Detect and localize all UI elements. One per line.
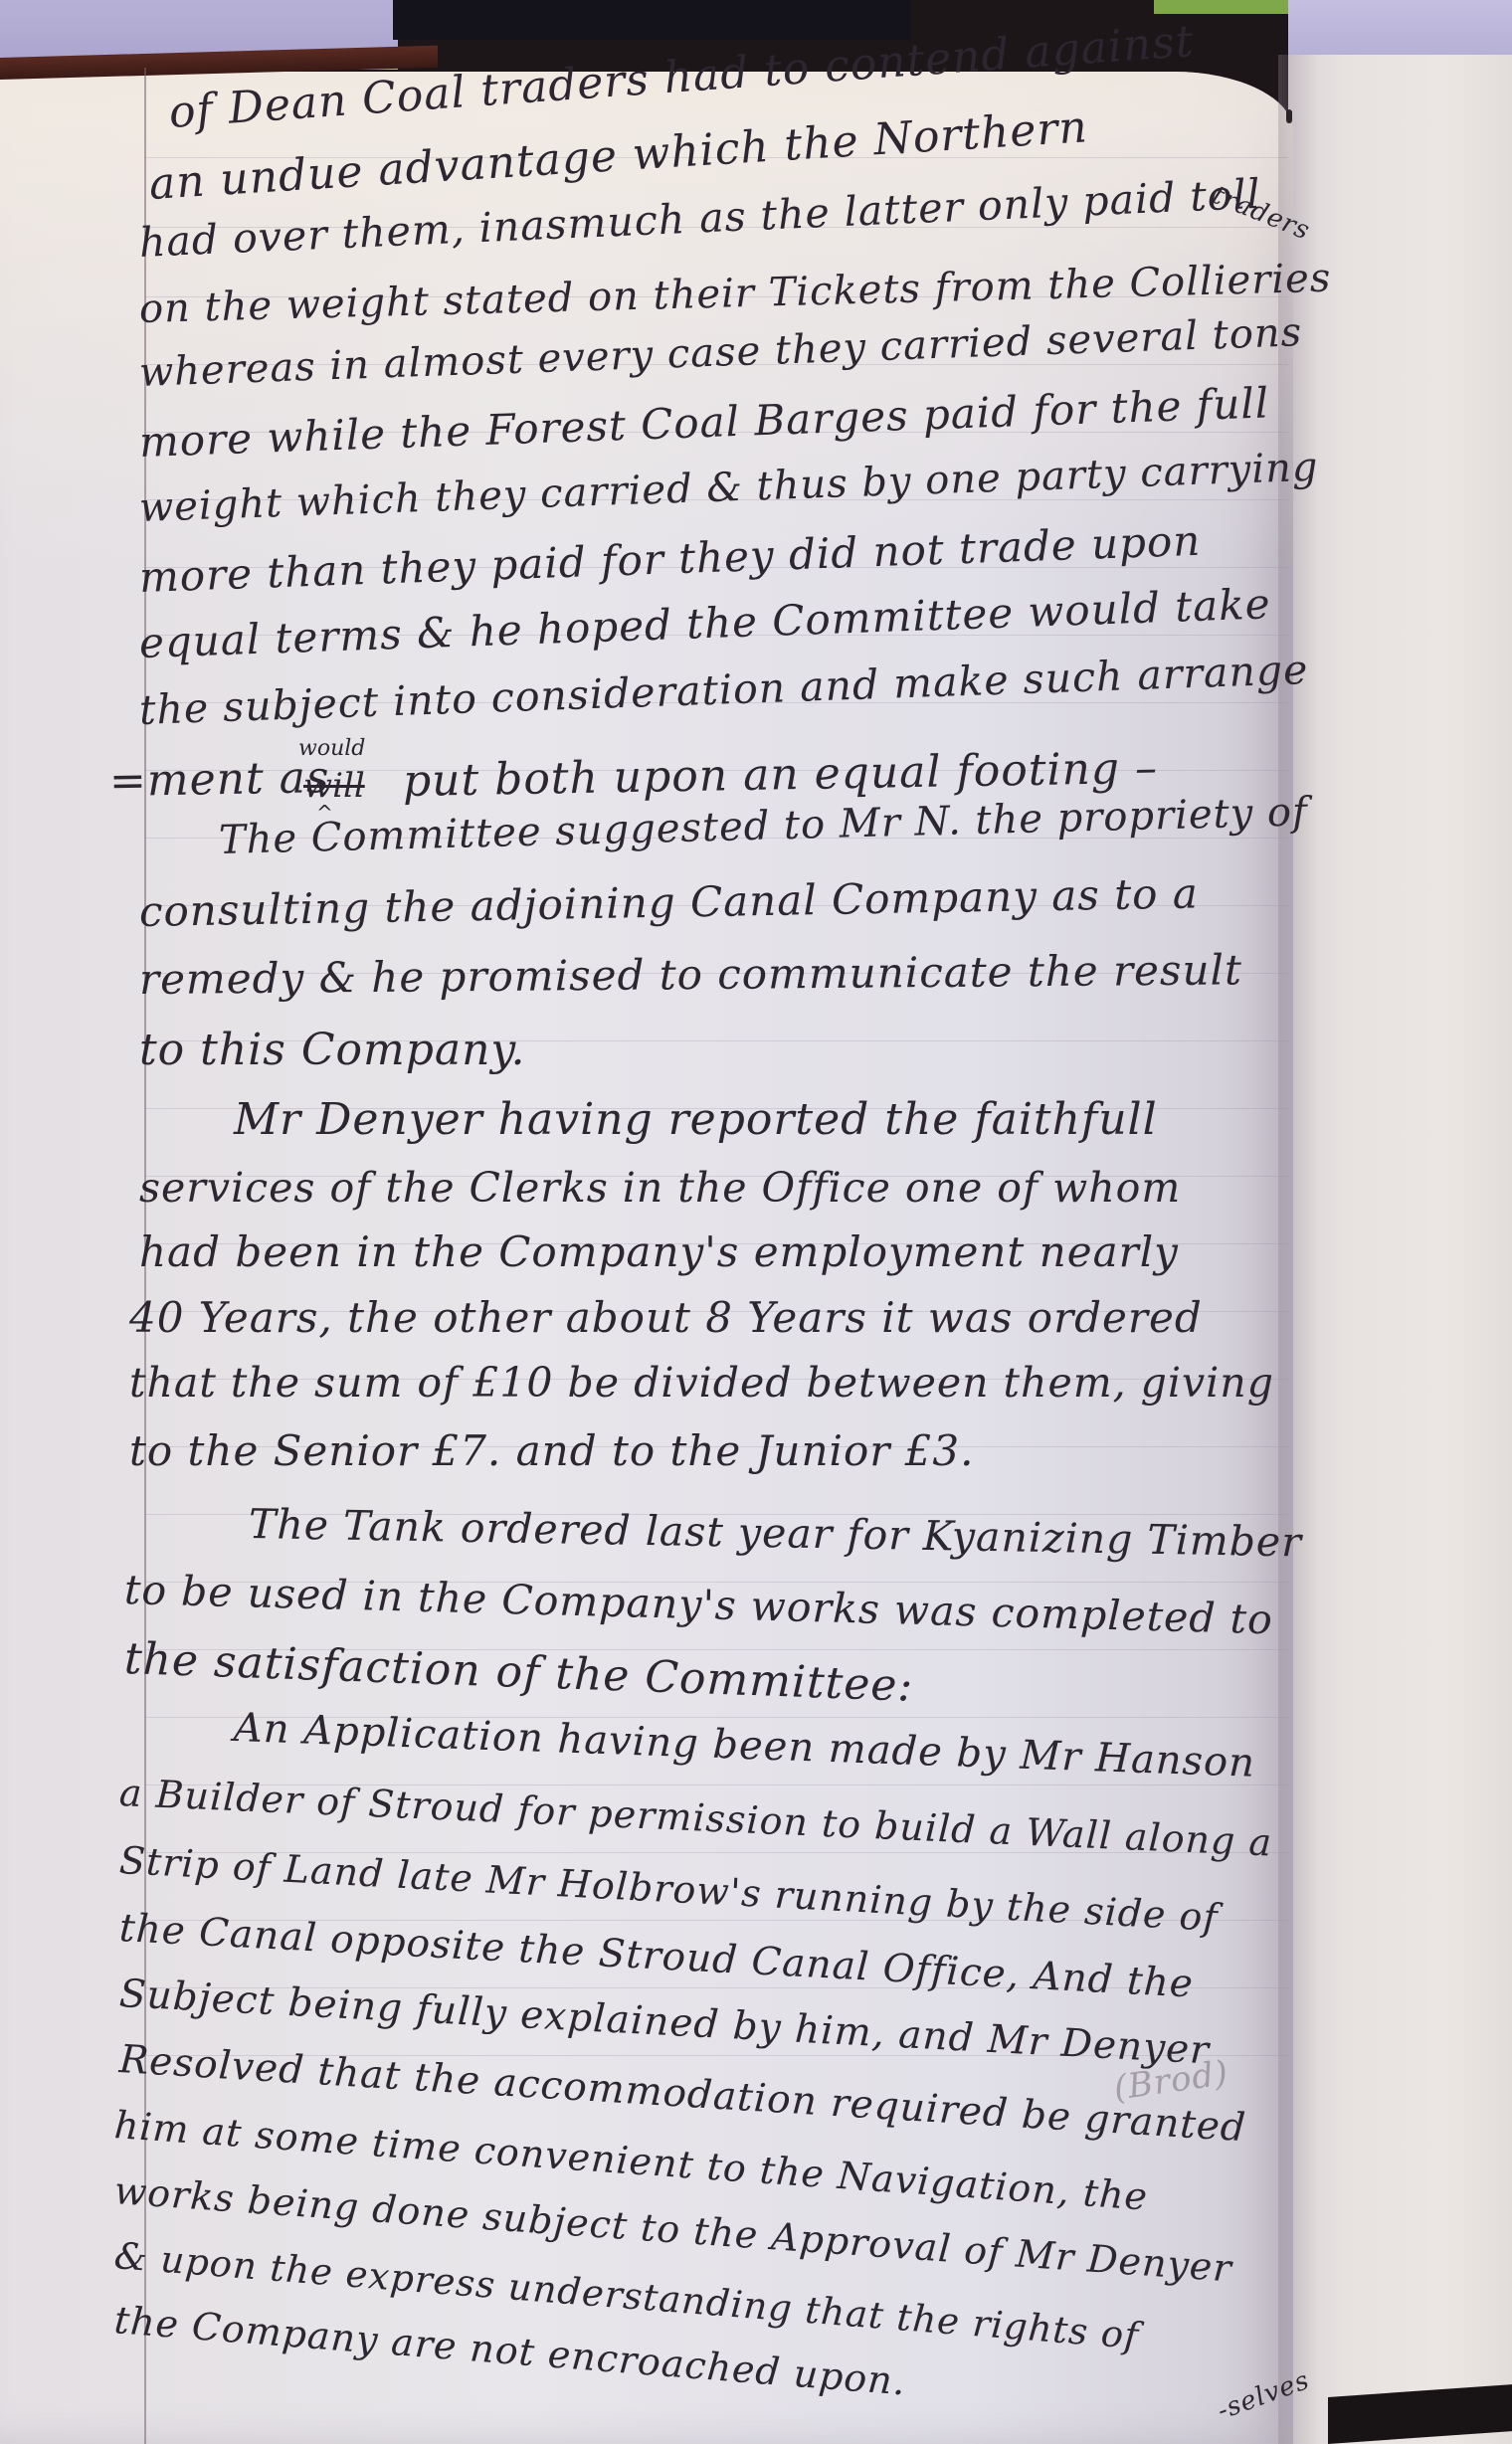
text-line: had been in the Company's employment nea… — [139, 1227, 1179, 1276]
text-line: to the Senior £7. and to the Junior £3. — [129, 1426, 974, 1475]
photographed-ledger: of Dean Coal traders had to contend agai… — [0, 0, 1512, 2444]
text-line: that the sum of £10 be divided between t… — [129, 1359, 1274, 1407]
text-line: consulting the adjoining Canal Company a… — [139, 868, 1200, 936]
text-line: remedy & he promised to communicate the … — [139, 945, 1242, 1004]
text-line: =ment as — [109, 752, 330, 807]
struck-word: will — [303, 766, 365, 806]
text-line: An Application having been made by Mr Ha… — [233, 1705, 1256, 1786]
text-line: The Tank ordered last year for Kyanizing… — [249, 1500, 1303, 1566]
text-line: to this Company. — [139, 1025, 525, 1075]
text-line: Mr Denyer having reported the faithfull — [234, 1094, 1158, 1145]
inserted-correction: would — [298, 736, 365, 761]
catchword: -selves — [1214, 2365, 1314, 2426]
handwritten-text: of Dean Coal traders had to contend agai… — [0, 0, 1512, 2444]
text-line: services of the Clerks in the Office one… — [139, 1164, 1181, 1212]
text-line: the satisfaction of the Committee: — [123, 1633, 914, 1712]
text-line: to be used in the Company's works was co… — [123, 1566, 1273, 1643]
text-line: 40 Years, the other about 8 Years it was… — [129, 1293, 1203, 1342]
